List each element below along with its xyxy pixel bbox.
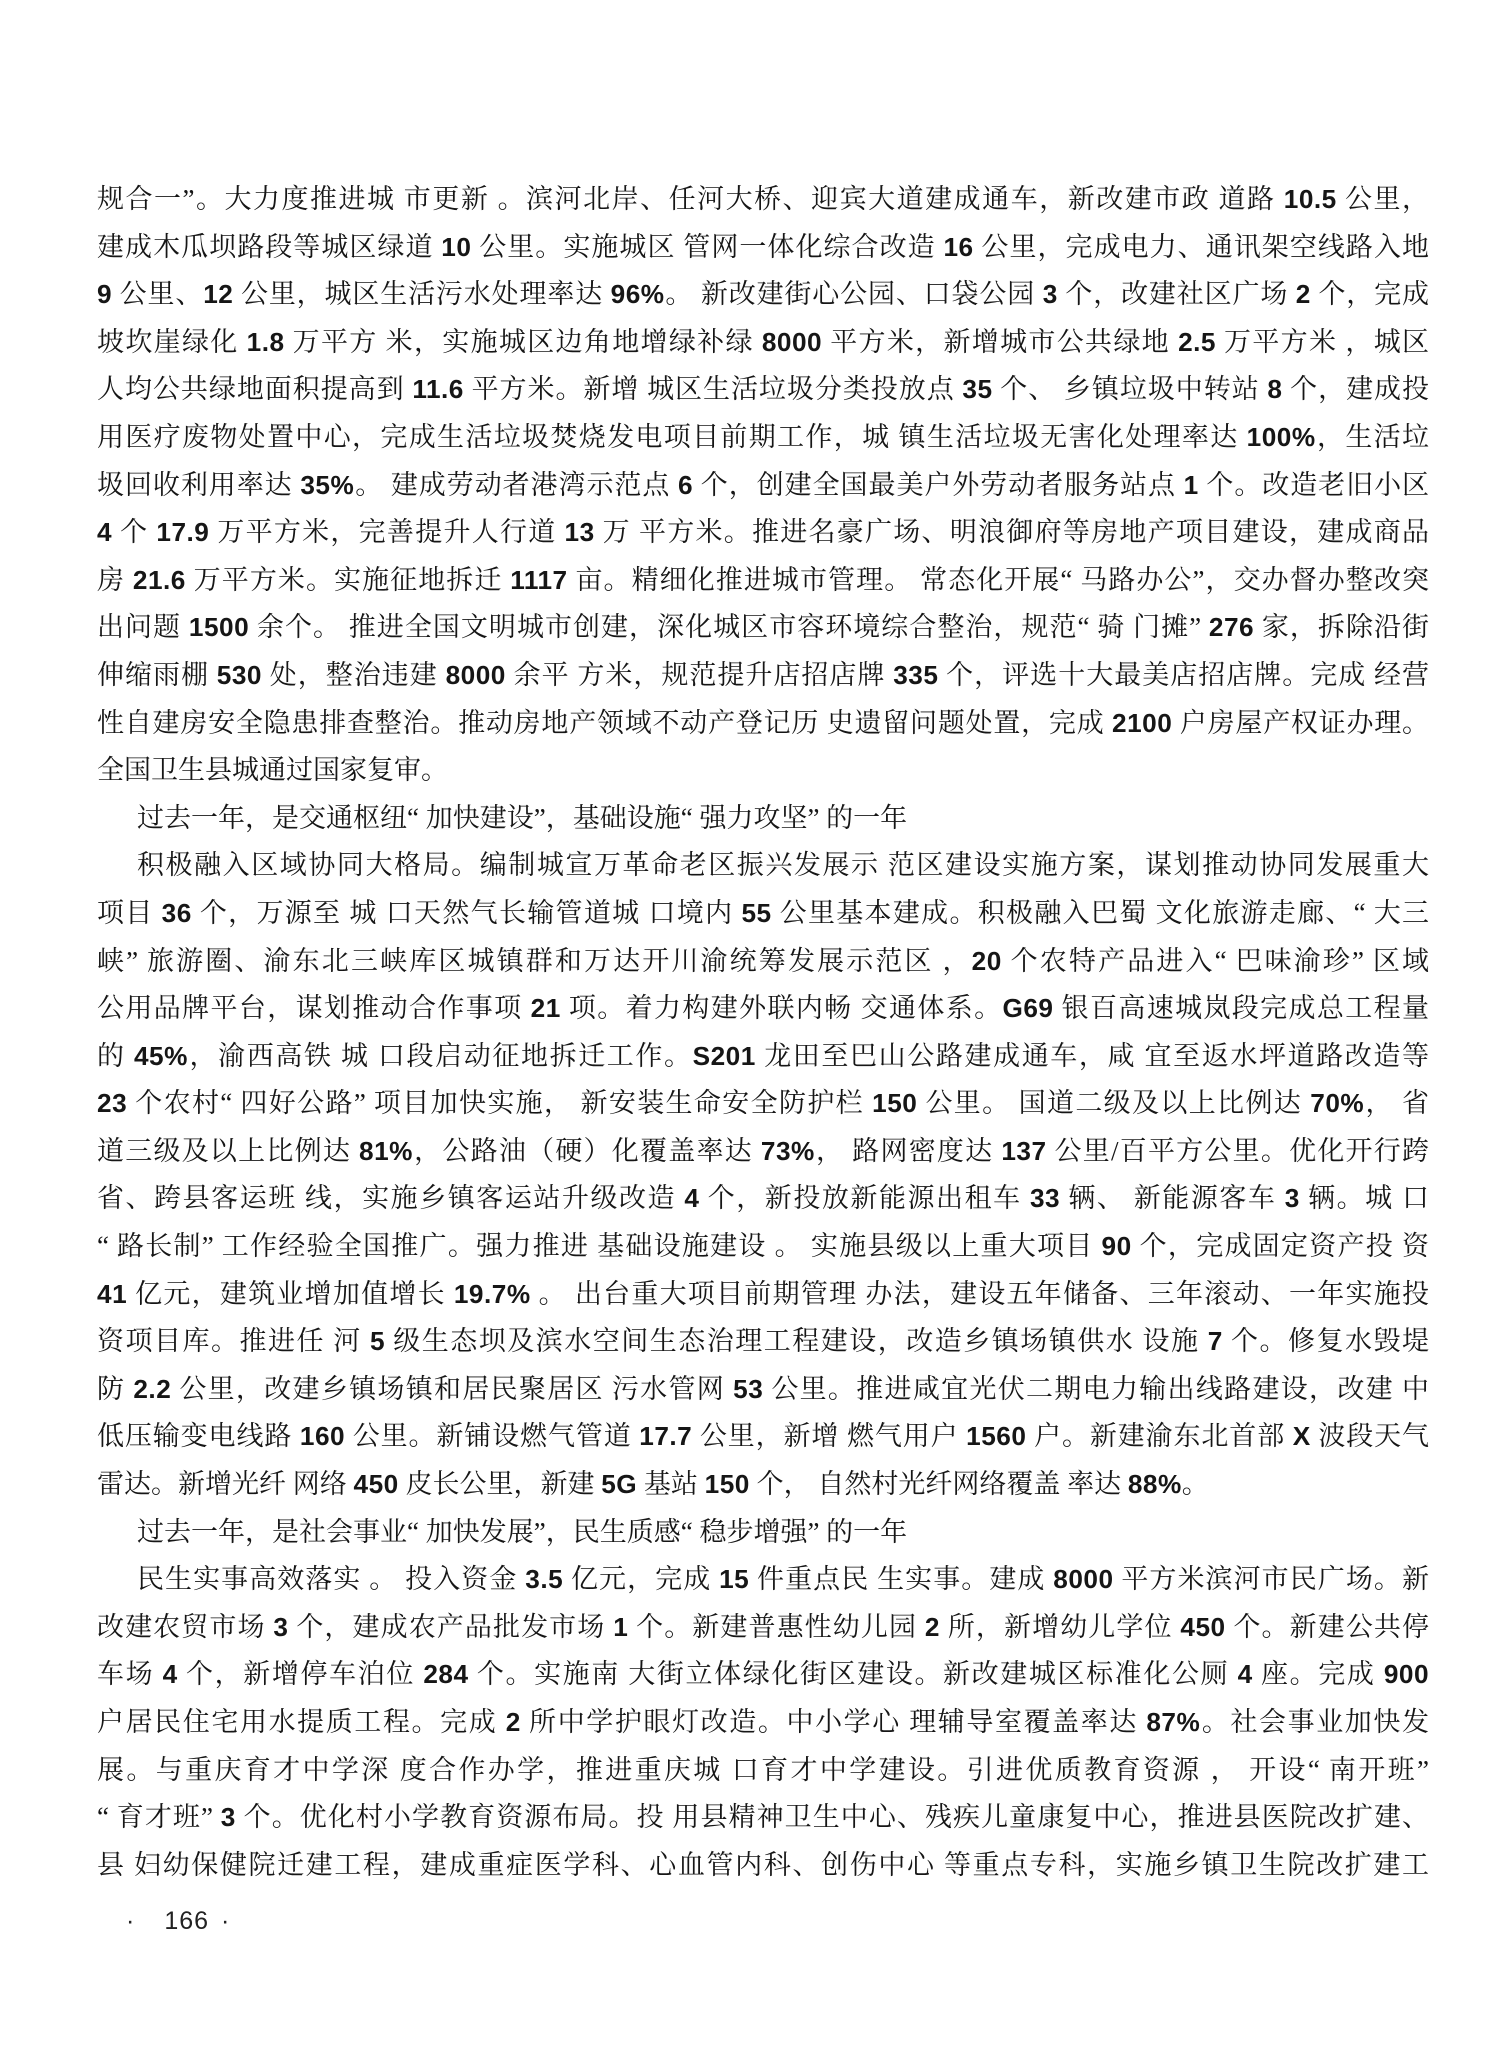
numeral: 5G [601,1469,637,1499]
text-line: 伸缩雨棚 530 处，整治违建 8000 余平 方米，规范提升店招店牌 335 … [97,652,1429,700]
numeral: 21 [531,993,561,1023]
numeral: 13 [565,517,595,547]
report-body: 规合一”。大力度推进城 市更新 。滨河北岸、任河大桥、迎宾大道建成通车，新改建市… [97,176,1429,1889]
numeral: 20 [972,946,1002,976]
text-line: 展。与重庆育才中学深 度合作办学，推进重庆城 口育才中学建设。引进优质教育资源 … [97,1747,1429,1795]
numeral: 1.8 [247,327,285,357]
numeral: 160 [300,1421,345,1451]
numeral: 21.6 [133,565,186,595]
numeral: 45% [134,1041,188,1071]
numeral: 900 [1384,1659,1429,1689]
text-line: 户居民住宅用水提质工程。完成 2 所中学护眼灯改造。中小学心 理辅导室覆盖率达 … [97,1699,1429,1747]
text-line: 全国卫生县城通过国家复审。 [97,747,1429,795]
numeral: 19.7% [454,1279,531,1309]
text-line: 人均公共绿地面积提高到 11.6 平方米。新增 城区生活垃圾分类投放点 35 个… [97,366,1429,414]
text-line: 的 45%，渝西高铁 城 口段启动征地拆迁工作。S201 龙田至巴山公路建成通车… [97,1033,1429,1081]
footer-dot-right: · [221,1907,229,1936]
text-line: 圾回收利用率达 35%。 建成劳动者港湾示范点 6 个，创建全国最美户外劳动者服… [97,462,1429,510]
numeral: 2100 [1112,708,1172,738]
numeral: 100% [1247,422,1316,452]
numeral: 8000 [762,327,822,357]
text-line: 建成木瓜坝路段等城区绿道 10 公里。实施城区 管网一体化综合改造 16 公里，… [97,224,1429,272]
numeral: 87% [1146,1707,1200,1737]
text-line: 积极融入区域协同大格局。编制城宣万革命老区振兴发展示 范区建设实施方案，谋划推动… [97,842,1429,890]
numeral: 41 [97,1279,127,1309]
numeral: 530 [217,660,262,690]
numeral: 3 [1285,1183,1300,1213]
text-line: 房 21.6 万平方米。实施征地拆迁 1117 亩。精细化推进城市管理。 常态化… [97,557,1429,605]
numeral: 10.5 [1284,184,1337,214]
numeral: 35 [962,374,992,404]
numeral: 4 [97,517,112,547]
text-line: 防 2.2 公里，改建乡镇场镇和居民聚居区 污水管网 53 公里。推进咸宜光伏二… [97,1366,1429,1414]
text-line: 省、跨县客运班 线，实施乡镇客运站升级改造 4 个，新投放新能源出租车 33 辆… [97,1175,1429,1223]
numeral: 3.5 [525,1564,563,1594]
numeral: 450 [354,1469,399,1499]
footer-dot-left: · [126,1907,134,1936]
numeral: 284 [423,1659,468,1689]
numeral: 1560 [966,1421,1026,1451]
text-line: 道三级及以上比例达 81%，公路油（硬）化覆盖率达 73%， 路网密度达 137… [97,1128,1429,1176]
numeral: X [1293,1421,1311,1451]
numeral: 6 [678,470,693,500]
text-line: 23 个农村“ 四好公路” 项目加快实施， 新安装生命安全防护栏 150 公里。… [97,1080,1429,1128]
text-line: 过去一年，是社会事业“ 加快发展”，民生质感“ 稳步增强” 的一年 [97,1509,1429,1557]
page-footer: · 166 · [126,1907,229,1936]
text-line: 过去一年，是交通枢纽“ 加快建设”，基础设施“ 强力攻坚” 的一年 [97,795,1429,843]
text-line: 公用品牌平台，谋划推动合作事项 21 项。着力构建外联内畅 交通体系。G69 银… [97,985,1429,1033]
text-line: 性自建房安全隐患排查整治。推动房地产领域不动产登记历 史遗留问题处置，完成 21… [97,700,1429,748]
text-line: 用医疗废物处置中心，完成生活垃圾焚烧发电项目前期工作，城 镇生活垃圾无害化处理率… [97,414,1429,462]
text-line: 出问题 1500 余个。 推进全国文明城市创建，深化城区市容环境综合整治，规范“… [97,604,1429,652]
text-line: 坡坎崖绿化 1.8 万平方 米，实施城区边角地增绿补绿 8000 平方米，新增城… [97,319,1429,367]
numeral: 137 [1001,1136,1046,1166]
numeral: 2.2 [133,1374,171,1404]
numeral: 10 [441,232,471,262]
numeral: 70% [1310,1088,1364,1118]
text-line: “ 路长制” 工作经验全国推广。强力推进 基础设施建设 。 实施县级以上重大项目… [97,1223,1429,1271]
text-line: 改建农贸市场 3 个，建成农产品批发市场 1 个。新建普惠性幼儿园 2 所，新增… [97,1604,1429,1652]
text-line: “ 育才班” 3 个。优化村小学教育资源布局。投 用县精神卫生中心、残疾儿童康复… [97,1794,1429,1842]
numeral: 150 [872,1088,917,1118]
text-line: 民生实事高效落实 。 投入资金 3.5 亿元，完成 15 件重点民 生实事。建成… [97,1556,1429,1604]
numeral: 2 [506,1707,521,1737]
numeral: 55 [741,898,771,928]
numeral: 73% [761,1136,815,1166]
numeral: 276 [1209,612,1254,642]
numeral: 36 [162,898,192,928]
text-line: 规合一”。大力度推进城 市更新 。滨河北岸、任河大桥、迎宾大道建成通车，新改建市… [97,176,1429,224]
text-line: 4 个 17.9 万平方米，完善提升人行道 13 万 平方米。推进名豪广场、明浪… [97,509,1429,557]
numeral: 8000 [446,660,506,690]
numeral: 17.7 [639,1421,692,1451]
numeral: 12 [203,279,233,309]
numeral: 11.6 [412,374,464,404]
text-line: 9 公里、12 公里，城区生活污水处理率达 96%。 新改建街心公园、口袋公园 … [97,271,1429,319]
scanned-document-page: 规合一”。大力度推进城 市更新 。滨河北岸、任河大桥、迎宾大道建成通车，新改建市… [0,0,1509,2062]
numeral: 90 [1102,1231,1132,1261]
numeral: 4 [1238,1659,1253,1689]
text-line: 雷达。新增光纤 网络 450 皮长公里，新建 5G 基站 150 个， 自然村光… [97,1461,1429,1509]
numeral: 96% [611,279,665,309]
numeral: 17.9 [156,517,209,547]
numeral: 16 [943,232,973,262]
page-number: 166 [164,1907,209,1936]
numeral: 4 [163,1659,178,1689]
text-line: 峡” 旅游圈、渝东北三峡库区城镇群和万达开川渝统筹发展示范区 ，20 个农特产品… [97,938,1429,986]
numeral: 3 [221,1802,236,1832]
numeral: G69 [1003,993,1054,1023]
numeral: 1500 [189,612,249,642]
text-line: 车场 4 个，新增停车泊位 284 个。实施南 大街立体绿化街区建设。新改建城区… [97,1651,1429,1699]
numeral: 2 [1296,279,1311,309]
numeral: 15 [719,1564,749,1594]
numeral: 5 [370,1326,385,1356]
numeral: 8000 [1053,1564,1113,1594]
text-line: 41 亿元，建筑业增加值增长 19.7% 。 出台重大项目前期管理 办法，建设五… [97,1271,1429,1319]
numeral: 7 [1208,1326,1223,1356]
numeral: 1 [613,1612,628,1642]
numeral: 1 [1184,470,1199,500]
text-line: 资项目库。推进任 河 5 级生态坝及滨水空间生态治理工程建设，改造乡镇场镇供水 … [97,1318,1429,1366]
numeral: 23 [97,1088,127,1118]
numeral: 335 [893,660,938,690]
numeral: 33 [1030,1183,1060,1213]
numeral: 150 [705,1469,750,1499]
numeral: 88% [1128,1469,1182,1499]
text-line: 县 妇幼保健院迁建工程，建成重症医学科、心血管内科、创伤中心 等重点专科，实施乡… [97,1842,1429,1890]
text-line: 项目 36 个，万源至 城 口天然气长输管道城 口境内 55 公里基本建成。积极… [97,890,1429,938]
numeral: S201 [693,1041,756,1071]
numeral: 81% [359,1136,413,1166]
text-line: 低压输变电线路 160 公里。新铺设燃气管道 17.7 公里，新增 燃气用户 1… [97,1413,1429,1461]
numeral: 3 [273,1612,288,1642]
numeral: 3 [1043,279,1058,309]
numeral: 2.5 [1178,327,1216,357]
numeral: 53 [733,1374,763,1404]
numeral: 2 [925,1612,940,1642]
numeral: 1117 [510,565,567,595]
numeral: 9 [97,279,112,309]
numeral: 8 [1267,374,1282,404]
numeral: 35% [300,470,354,500]
numeral: 450 [1180,1612,1225,1642]
numeral: 4 [684,1183,699,1213]
